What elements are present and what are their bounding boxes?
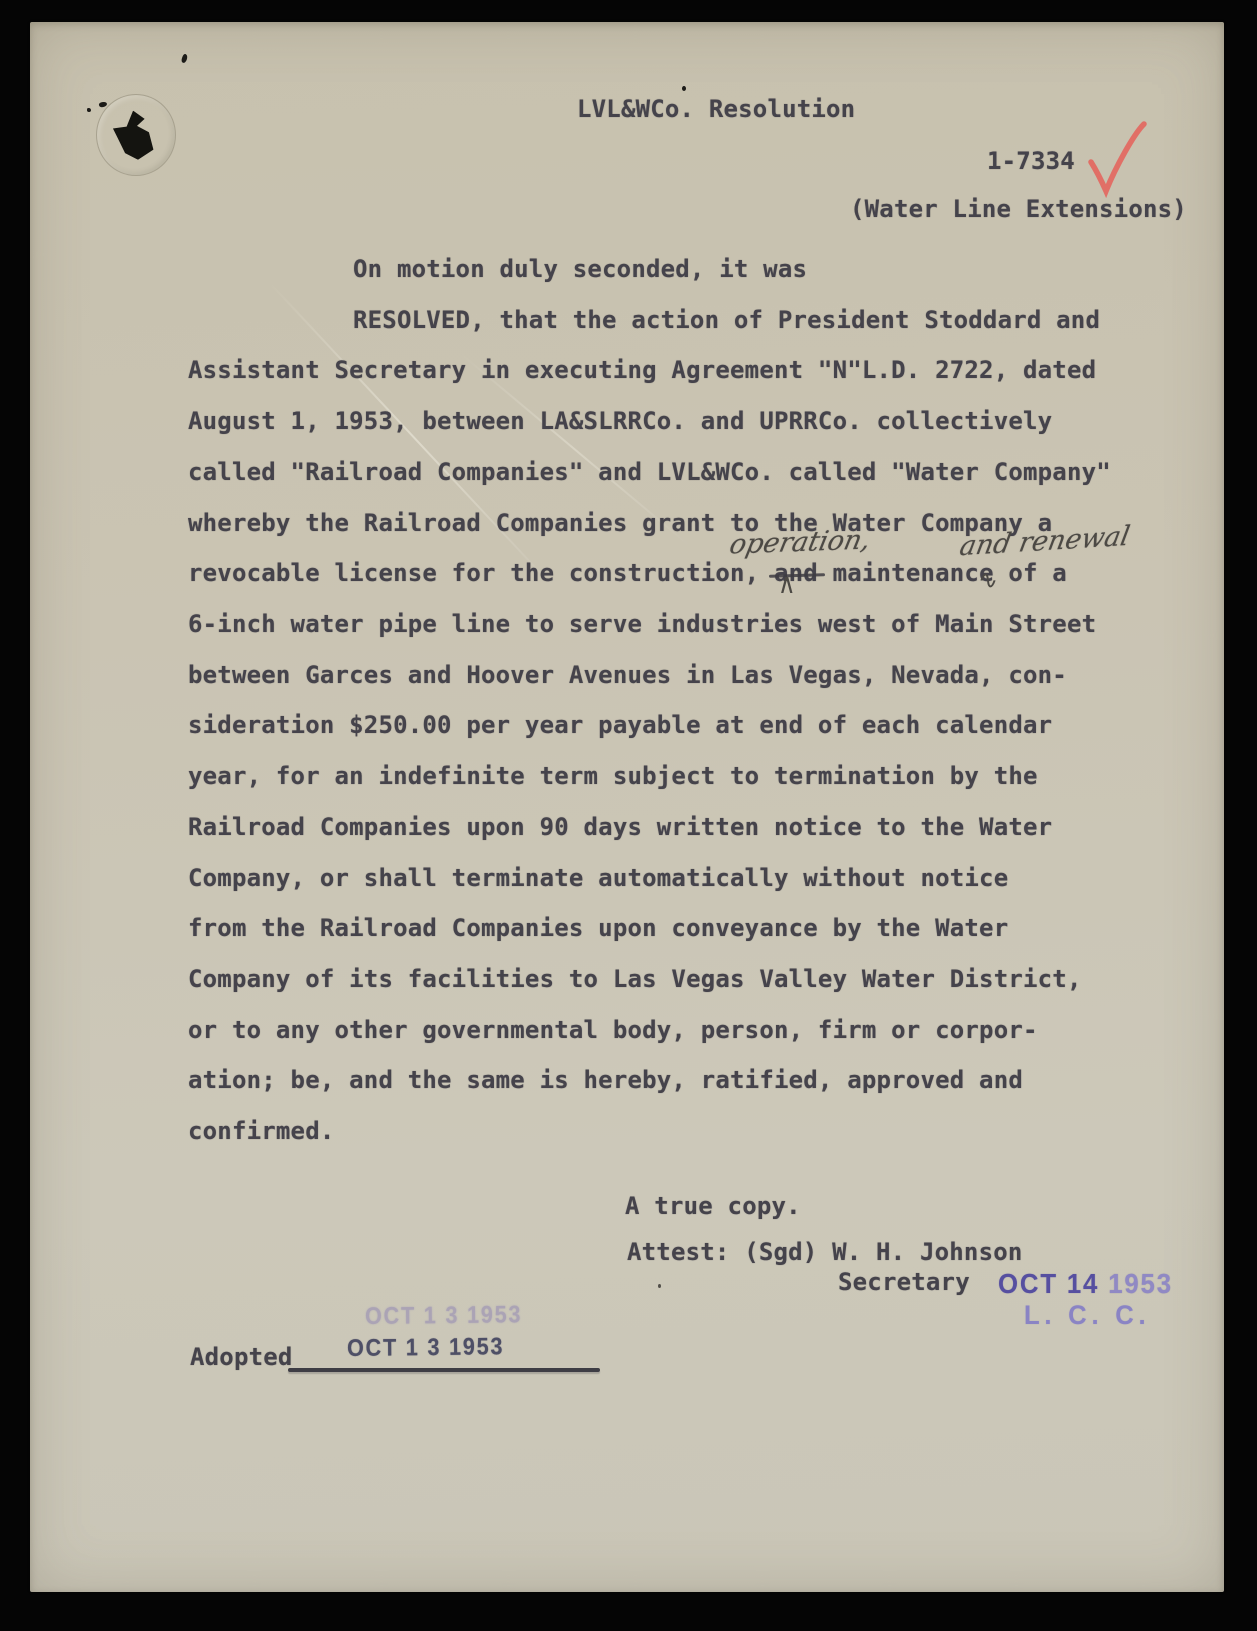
received-date-stamp: OCT 14 1953 (998, 1268, 1173, 1300)
typed-line: On motion duly seconded, it was (353, 254, 807, 284)
typed-line: whereby the Railroad Companies grant to … (188, 508, 1052, 538)
typed-line: from the Railroad Companies upon conveya… (188, 913, 1008, 943)
lcc-stamp: L. C. C. (1024, 1300, 1150, 1331)
typed-line: between Garces and Hoover Avenues in Las… (188, 660, 1067, 690)
attest-line: Attest: (Sgd) W. H. Johnson (627, 1237, 1023, 1267)
typed-line: Company, or shall terminate automaticall… (188, 863, 1008, 893)
typed-line: ation; be, and the same is hereby, ratif… (188, 1065, 1023, 1095)
adopted-underline (288, 1368, 600, 1372)
typed-line: 6-inch water pipe line to serve industri… (188, 609, 1096, 639)
insertion-squiggle-mark: ∿ (976, 565, 1000, 596)
typed-line: or to any other governmental body, perso… (188, 1015, 1038, 1045)
typed-line: Company of its facilities to Las Vegas V… (188, 964, 1082, 994)
typed-line: RESOLVED, that the action of President S… (353, 305, 1100, 335)
received-date-stamp-year: 1953 (1108, 1268, 1173, 1299)
secretary-line: Secretary (838, 1267, 970, 1297)
typed-line: August 1, 1953, between LA&SLRRCo. and U… (188, 406, 1052, 436)
typed-line: confirmed. (188, 1116, 335, 1146)
handwritten-insertion-operation: operation, (727, 524, 874, 560)
scanned-document-background: LVL&WCo. Resolution 1-7334 (Water Line E… (0, 0, 1257, 1631)
received-date-stamp-month-day: OCT 14 (998, 1268, 1099, 1299)
adopted-label: Adopted (190, 1342, 293, 1372)
adopted-date-stamp-light: OCT 1 3 1953 (365, 1301, 523, 1331)
typed-line: Assistant Secretary in executing Agreeme… (188, 355, 1096, 385)
typed-line: year, for an indefinite term subject to … (188, 761, 1038, 791)
paper-speck (87, 108, 91, 112)
typed-line: called "Railroad Companies" and LVL&WCo.… (188, 457, 1111, 487)
body-text: On motion duly seconded, it wasRESOLVED,… (188, 22, 1188, 1592)
true-copy-line: A true copy. (625, 1191, 801, 1221)
adopted-date-stamp-dark: OCT 1 3 1953 (347, 1333, 505, 1363)
document-page: LVL&WCo. Resolution 1-7334 (Water Line E… (30, 22, 1224, 1592)
typed-line: sideration $250.00 per year payable at e… (188, 710, 1052, 740)
typed-line: Railroad Companies upon 90 days written … (188, 812, 1052, 842)
typed-line: revocable license for the construction, … (188, 558, 1067, 588)
insertion-caret-mark: ∧ (778, 568, 796, 600)
